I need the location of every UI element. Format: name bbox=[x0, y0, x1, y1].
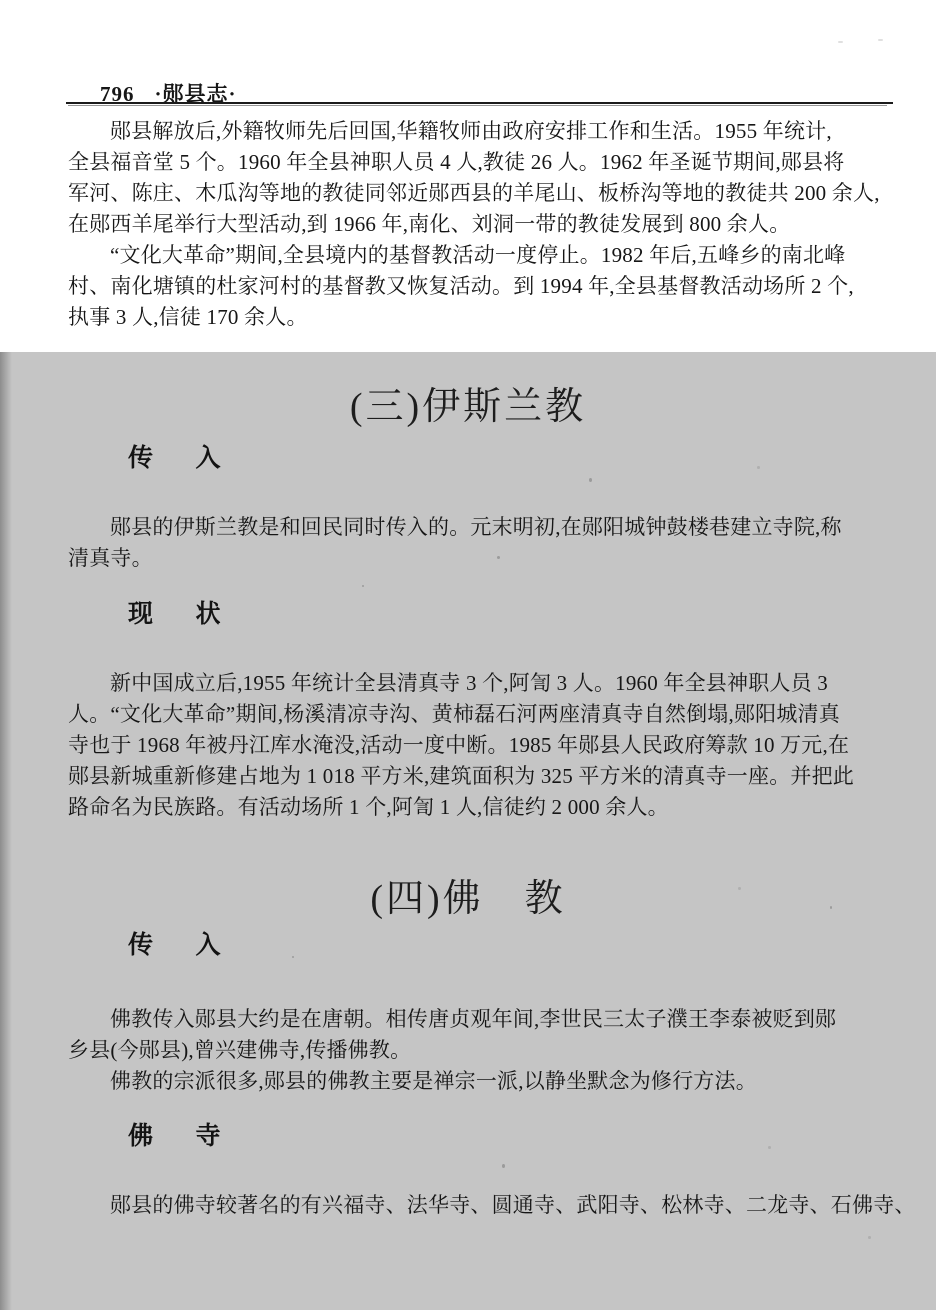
paragraph-buddhism-intro: 佛教传入郧县大约是在唐朝。相传唐贞观年间,李世民三太子濮王李泰被贬到郧 乡县(今… bbox=[68, 1004, 886, 1097]
text-line: 佛教传入郧县大约是在唐朝。相传唐贞观年间,李世民三太子濮王李泰被贬到郧 bbox=[68, 1004, 886, 1035]
text-line: 村、南化塘镇的杜家河村的基督教又恢复活动。到 1994 年,全县基督教活动场所 … bbox=[68, 271, 886, 302]
subheading-islam-status: 现 状 bbox=[128, 600, 229, 630]
text-line: 路命名为民族路。有活动场所 1 个,阿訇 1 人,信徒约 2 000 余人。 bbox=[68, 792, 886, 823]
subheading-buddhism-intro: 传 入 bbox=[128, 931, 229, 961]
text-line: 佛教的宗派很多,郧县的佛教主要是禅宗一派,以静坐默念为修行方法。 bbox=[68, 1066, 886, 1097]
section-heading-buddhism: (四)佛 教 bbox=[0, 875, 936, 923]
scanned-book-page: 796 ·郧县志· 郧县解放后,外籍牧师先后回国,华籍牧师由政府安排工作和生活。… bbox=[0, 0, 936, 1310]
text-line: 军河、陈庄、木瓜沟等地的教徒同邻近郧西县的羊尾山、板桥沟等地的教徒共 200 余… bbox=[68, 178, 886, 209]
paragraph-buddhism-temples: 郧县的佛寺较著名的有兴福寺、法华寺、圆通寺、武阳寺、松林寺、二龙寺、石佛寺、 bbox=[68, 1190, 886, 1221]
running-head-rule bbox=[66, 102, 893, 104]
text-line: 新中国成立后,1955 年统计全县清真寺 3 个,阿訇 3 人。1960 年全县… bbox=[68, 668, 886, 699]
text-line: 全县福音堂 5 个。1960 年全县神职人员 4 人,教徒 26 人。1962 … bbox=[68, 147, 886, 178]
section-heading-islam: (三)伊斯兰教 bbox=[0, 383, 936, 431]
text-line: 执事 3 人,信徒 170 余人。 bbox=[68, 302, 886, 333]
subheading-buddhism-temples: 佛 寺 bbox=[128, 1122, 229, 1152]
text-line: 乡县(今郧县),曾兴建佛寺,传播佛教。 bbox=[68, 1035, 886, 1066]
text-line: 郧县新城重新修建占地为 1 018 平方米,建筑面积为 325 平方米的清真寺一… bbox=[68, 761, 886, 792]
paragraph-islam-status: 新中国成立后,1955 年统计全县清真寺 3 个,阿訇 3 人。1960 年全县… bbox=[68, 668, 886, 823]
text-line: 寺也于 1968 年被丹江库水淹没,活动一度中断。1985 年郧县人民政府筹款 … bbox=[68, 730, 886, 761]
text-line: “文化大革命”期间,全县境内的基督教活动一度停止。1982 年后,五峰乡的南北峰 bbox=[68, 240, 886, 271]
subheading-islam-intro: 传 入 bbox=[128, 444, 229, 474]
text-line: 郧县解放后,外籍牧师先后回国,华籍牧师由政府安排工作和生活。1955 年统计, bbox=[68, 116, 886, 147]
text-line: 清真寺。 bbox=[68, 543, 886, 574]
paragraph-christianity: 郧县解放后,外籍牧师先后回国,华籍牧师由政府安排工作和生活。1955 年统计, … bbox=[68, 116, 886, 333]
paragraph-islam-intro: 郧县的伊斯兰教是和回民同时传入的。元末明初,在郧阳城钟鼓楼巷建立寺院,称 清真寺… bbox=[68, 512, 886, 574]
text-line: 郧县的佛寺较著名的有兴福寺、法华寺、圆通寺、武阳寺、松林寺、二龙寺、石佛寺、 bbox=[68, 1190, 886, 1221]
scan-gray-band bbox=[0, 352, 936, 1310]
text-line: 郧县的伊斯兰教是和回民同时传入的。元末明初,在郧阳城钟鼓楼巷建立寺院,称 bbox=[68, 512, 886, 543]
text-line: 人。“文化大革命”期间,杨溪清凉寺沟、黄柿磊石河两座清真寺自然倒塌,郧阳城清真 bbox=[68, 699, 886, 730]
text-line: 在郧西羊尾举行大型活动,到 1966 年,南化、刘洞一带的教徒发展到 800 余… bbox=[68, 209, 886, 240]
